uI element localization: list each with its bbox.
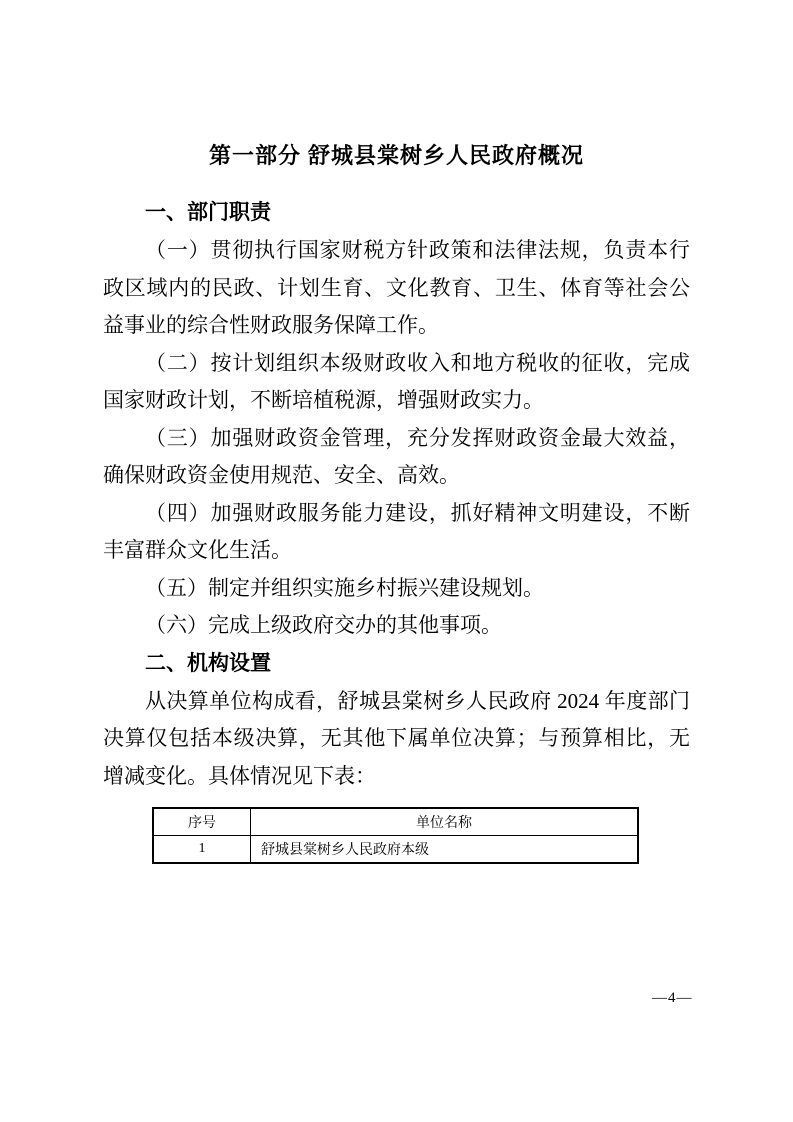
duty-paragraph-1: （一）贯彻执行国家财税方针政策和法律法规，负责本行政区域内的民政、计划生育、文化… — [103, 232, 690, 345]
unit-table-header-name: 单位名称 — [251, 808, 639, 836]
table-row: 1 舒城县棠树乡人民政府本级 — [153, 836, 638, 864]
page-number: —4— — [652, 990, 693, 1007]
section-heading-duties: 一、部门职责 — [103, 194, 690, 232]
unit-table: 序号 单位名称 1 舒城县棠树乡人民政府本级 — [152, 807, 639, 864]
document-content: 第一部分 舒城县棠树乡人民政府概况 一、部门职责 （一）贯彻执行国家财税方针政策… — [0, 140, 793, 864]
duty-paragraph-4: （四）加强财政服务能力建设，抓好精神文明建设，不断丰富群众文化生活。 — [103, 495, 690, 570]
unit-name-cell: 舒城县棠树乡人民政府本级 — [251, 836, 639, 864]
page-title: 第一部分 舒城县棠树乡人民政府概况 — [103, 140, 690, 172]
duty-paragraph-3: （三）加强财政资金管理，充分发挥财政资金最大效益，确保财政资金使用规范、安全、高… — [103, 420, 690, 495]
section-heading-structure: 二、机构设置 — [103, 645, 690, 683]
duty-paragraph-6: （六）完成上级政府交办的其他事项。 — [103, 607, 690, 645]
document-page: 第一部分 舒城县棠树乡人民政府概况 一、部门职责 （一）贯彻执行国家财税方针政策… — [0, 0, 793, 1122]
unit-table-header-row: 序号 单位名称 — [153, 808, 638, 836]
duty-paragraph-2: （二）按计划组织本级财政收入和地方税收的征收，完成国家财政计划，不断培植税源，增… — [103, 345, 690, 420]
structure-paragraph: 从决算单位构成看，舒城县棠树乡人民政府 2024 年度部门决算仅包括本级决算，无… — [103, 683, 690, 796]
duty-paragraph-5: （五）制定并组织实施乡村振兴建设规划。 — [103, 570, 690, 608]
unit-seq-cell: 1 — [153, 836, 251, 864]
unit-table-header-seq: 序号 — [153, 808, 251, 836]
